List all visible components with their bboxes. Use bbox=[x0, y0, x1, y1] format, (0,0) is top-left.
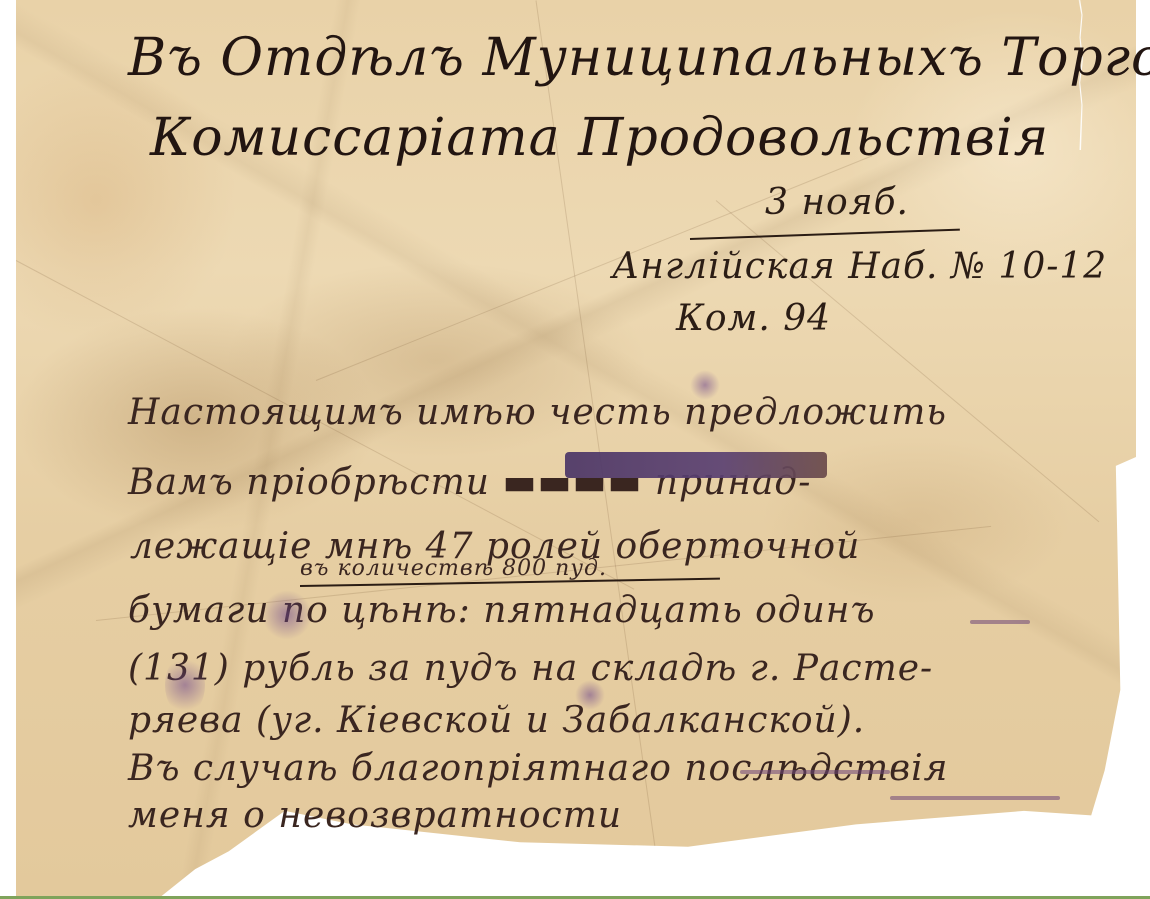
ink-stroke bbox=[970, 620, 1030, 624]
body-line-4: бумаги по цѣнѣ: пятнадцать одинъ bbox=[128, 590, 876, 631]
address-street: Англійская Наб. № 10-12 bbox=[612, 246, 1107, 287]
body-line-8: меня о невозвратности bbox=[128, 795, 622, 836]
address-room: Ком. 94 bbox=[676, 298, 831, 339]
ink-blot bbox=[165, 655, 205, 715]
ink-stroke bbox=[740, 770, 890, 774]
ink-blot bbox=[690, 370, 720, 400]
body-line-5: (131) рубль за пудъ на складѣ г. Расте- bbox=[128, 648, 933, 689]
struck-out-ink-bar bbox=[565, 452, 827, 478]
ink-blot bbox=[575, 680, 605, 710]
body-line-7: Въ случаѣ благопріятнаго послѣдствія bbox=[128, 748, 948, 789]
ink-stroke bbox=[890, 796, 1060, 800]
body-line-6: ряева (уг. Кіевской и Забалканской). bbox=[128, 700, 865, 741]
date: 3 нояб. bbox=[765, 182, 909, 223]
body-line-1: Настоящимъ имѣю честь предложить bbox=[128, 392, 947, 433]
header-line-2: Комиссаріата Продовольствія bbox=[150, 108, 1049, 168]
header-line-1: Въ Отдѣлъ Муниципальныхъ Торговъ bbox=[128, 28, 1150, 88]
ink-blot bbox=[262, 590, 312, 640]
body-insertion-quantity: въ количествѣ 800 пуд. bbox=[300, 556, 607, 581]
scanned-document: Въ Отдѣлъ Муниципальныхъ Торговъ Комисса… bbox=[0, 0, 1150, 899]
